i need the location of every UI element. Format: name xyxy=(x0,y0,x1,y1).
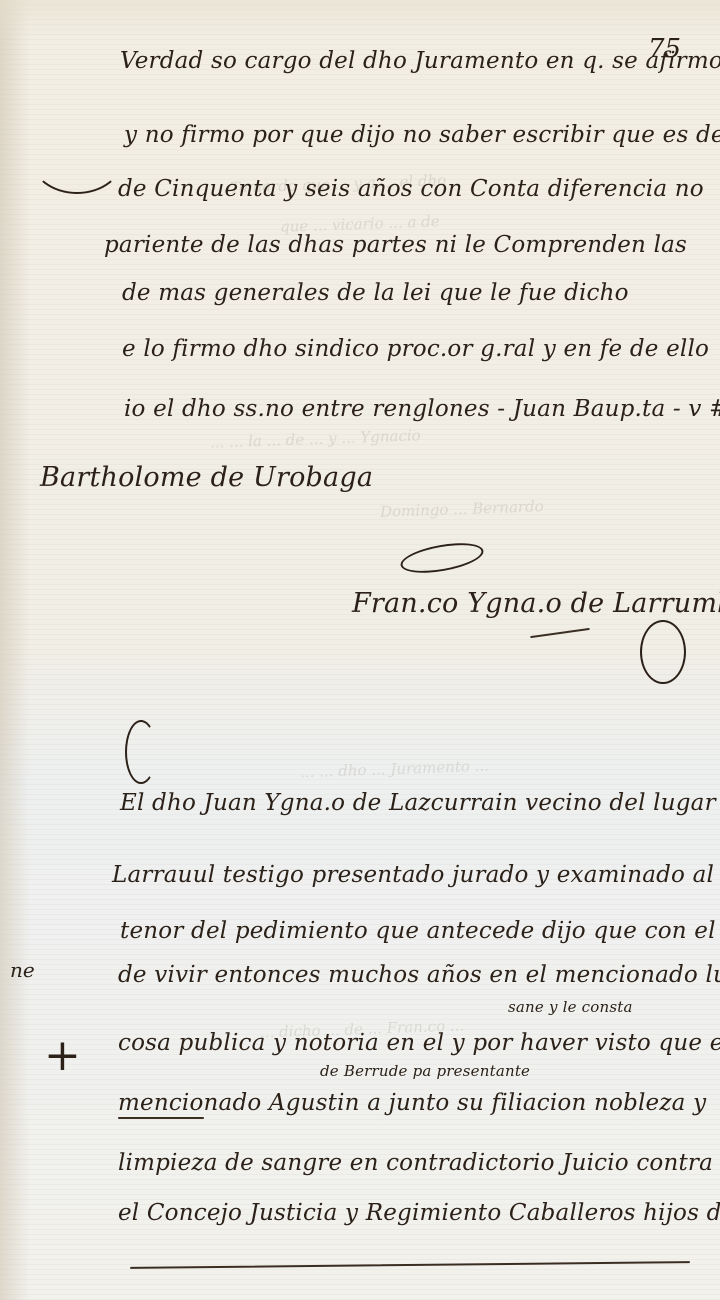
bleed-through-text: Domingo ... Bernardo xyxy=(380,497,544,521)
margin-bracket-flourish xyxy=(30,120,124,194)
margin-note: + xyxy=(44,1030,81,1081)
closing-rule xyxy=(130,1261,690,1269)
interlinear-insertion: de Berrude pa presentante xyxy=(320,1062,530,1080)
manuscript-line: de mas generales de la lei que le fue di… xyxy=(122,280,629,306)
word-underline xyxy=(118,1117,204,1119)
manuscript-line: limpieza de sangre en contradictorio Jui… xyxy=(118,1150,713,1176)
manuscript-line: pariente de las dhas partes ni le Compre… xyxy=(104,232,687,258)
manuscript-line: de vivir entonces muchos años en el menc… xyxy=(118,962,720,988)
signature-flourish xyxy=(398,538,485,578)
manuscript-line: Larrauul testigo presentado jurado y exa… xyxy=(112,862,714,888)
interlinear-insertion: sane y le consta xyxy=(508,998,633,1016)
manuscript-line: y no firmo por que dijo no saber escribi… xyxy=(124,122,720,148)
manuscript-page: Tamardo que ... y a ... el dho que ... v… xyxy=(0,0,720,1300)
manuscript-line: de Cinquenta y seis años con Conta difer… xyxy=(118,176,704,202)
manuscript-line: tenor del pedimiento que antecede dijo q… xyxy=(120,918,720,944)
manuscript-line: e lo firmo dho sindico proc.or g.ral y e… xyxy=(122,336,709,362)
bleed-through-text: ... ... la ... de ... y ... Ygnacio xyxy=(210,426,421,451)
signature-bartholome: Bartholome de Urobaga xyxy=(40,462,373,493)
manuscript-line: cosa publica y notoria en el y por haver… xyxy=(118,1030,720,1056)
initial-capital-flourish xyxy=(125,720,157,784)
signature-larrumbide: Fran.co Ygna.o de Larrumbide xyxy=(352,588,720,619)
signature-underline xyxy=(530,628,590,638)
manuscript-line: el Concejo Justicia y Regimiento Caballe… xyxy=(118,1200,720,1226)
bleed-through-text: ... ... dho ... Juramento ... xyxy=(300,757,489,782)
manuscript-line: io el dho ss.no entre renglones - Juan B… xyxy=(124,396,720,422)
manuscript-line: Verdad so cargo del dho Juramento en q. … xyxy=(120,48,720,74)
manuscript-line: El dho Juan Ygna.o de Lazcurrain vecino … xyxy=(120,790,720,816)
margin-note: ne xyxy=(10,958,35,982)
manuscript-line: mencionado Agustin a junto su filiacion … xyxy=(118,1090,706,1116)
rubric-flourish xyxy=(640,620,686,684)
